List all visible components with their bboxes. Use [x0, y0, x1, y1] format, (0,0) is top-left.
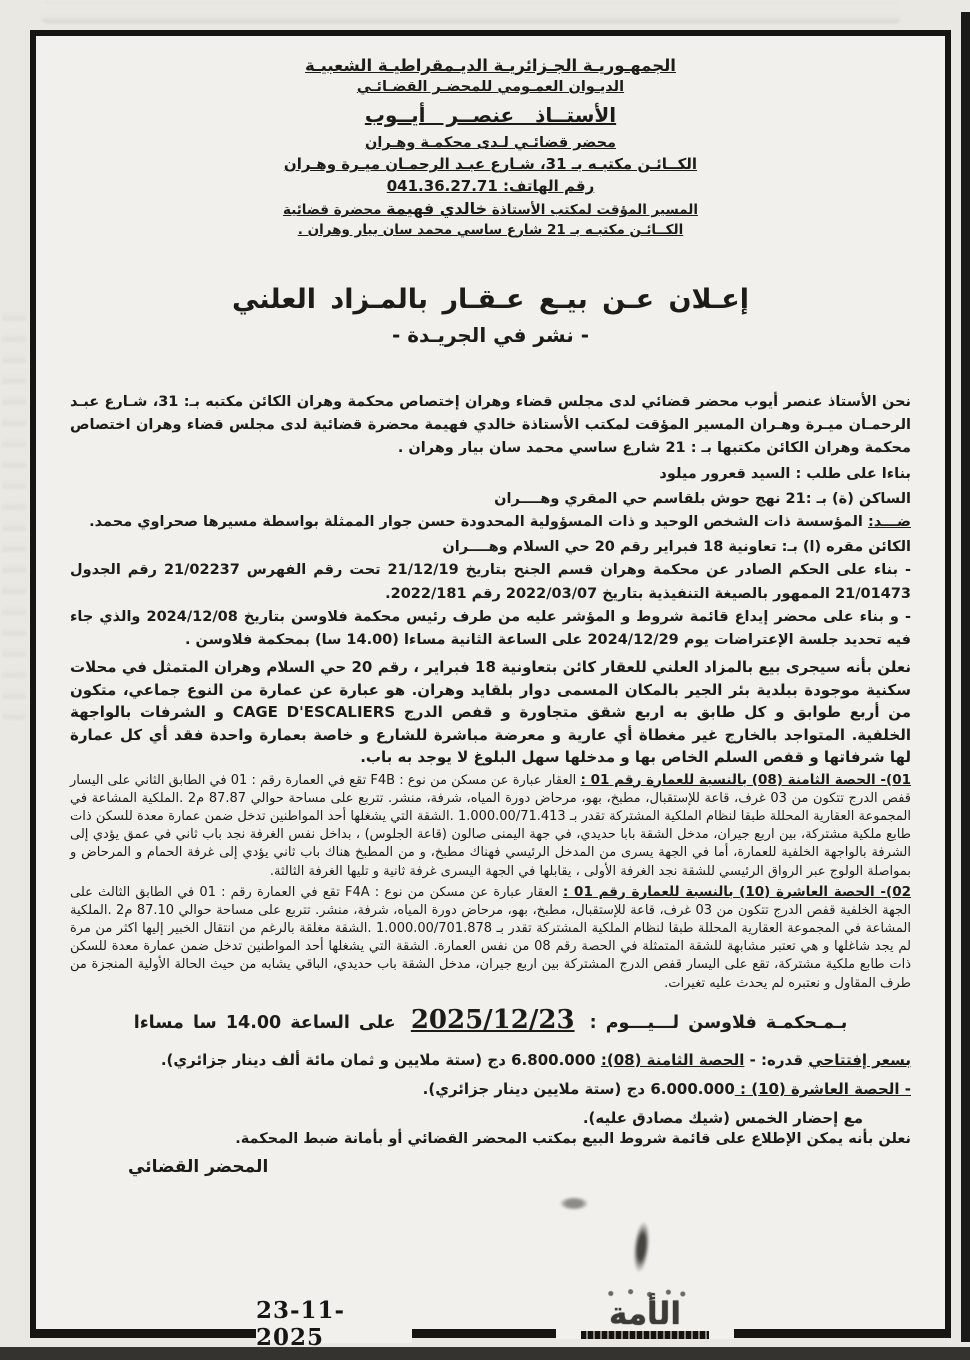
judgment-paragraph: - بناء على الحكم الصادر عن محكمة وهران ق…	[70, 559, 911, 605]
interim-manager-line: المسير المؤقت لمكتب الأستاذة خالدي فهيمة…	[70, 199, 911, 218]
lot-2-price-name: - الحصة العاشرة (10) :	[735, 1080, 911, 1098]
defendant-address-line: الكائن مقره (ا) بـ: تعاونية 18 فبراير رق…	[70, 536, 911, 559]
public-office-line: الديـوان العمـومي للمحضـر القضـائـي	[70, 79, 911, 95]
lot-1-description: العقار عبارة عن مسكن من نوع : F4B تقع في…	[70, 773, 911, 879]
page-bottom-separator	[0, 1347, 970, 1360]
hearing-time-suffix: على الساعة 14.00 سا مساءا	[134, 1013, 405, 1033]
opening-price-label-rest: قدره: -	[744, 1051, 808, 1069]
hearing-line: بـمـحكمـة فلاوسن لـــيـــوم : 2025/12/23…	[70, 1005, 911, 1035]
bailiff-signature: المحضر القضائي	[70, 1157, 911, 1177]
lot-1-price-name: الحصة الثامنة (08):	[601, 1051, 745, 1069]
scanned-page: الجمهـوريـة الجـزائريـة الديـمقراطيـة ال…	[0, 0, 970, 1360]
inspection-note-line: نعلن بأنه يمكن الإطلاع على قائمة شروط ال…	[70, 1131, 911, 1147]
republic-title: الجمهـوريـة الجـزائريـة الديـمقراطيـة ال…	[70, 56, 911, 75]
interim-manager-name: خالدي فهيمة	[386, 199, 487, 218]
defendant-line: ضـــد: المؤسسة ذات الشخص الوحيد و ذات ال…	[70, 511, 911, 534]
lot-2-description: العقار عبارة عن مسكن من نوع : F4A تقع في…	[70, 885, 911, 991]
notice-subtitle: - نشر في الجريـدة -	[70, 323, 911, 347]
bailiff-role-line: محضر قضائـي لـدى محكمـة وهـران	[70, 135, 911, 151]
cheque-requirement-line: مع إحضار الخمس (شيك مصادق عليه).	[70, 1109, 863, 1127]
auction-announcement-paragraph: نعلن بأنه سيجرى بيع بالمزاد العلني للعقا…	[70, 656, 911, 769]
notice-title: إعـلان عـن بيـع عـقـار بالمـزاد العلني	[70, 284, 911, 315]
opening-price-line-1: بسعر إفتتاحي قدره: - الحصة الثامنة (08):…	[70, 1049, 911, 1072]
newspaper-logo-text: الأمة	[609, 1299, 681, 1329]
requester-name: السيد قعرور ميلود	[659, 466, 790, 482]
lot-1-paragraph: 01)- الحصة الثامنة (08) بالنسبة للعمارة …	[70, 771, 911, 881]
letterhead: الجمهـوريـة الجـزائريـة الديـمقراطيـة ال…	[70, 56, 911, 238]
logo-ornament-icon	[600, 1289, 690, 1298]
intro-paragraph: نحن الأستاذ عنصر أيوب محضر قضائي لدى مجل…	[70, 391, 911, 461]
resident-line: الساكن (ة) بـ :21 نهج حوش بلقاسم حي المق…	[70, 488, 911, 511]
lot-1-heading: 01)- الحصة الثامنة (08) بالنسبة للعمارة …	[580, 772, 911, 788]
defendant-text: المؤسسة ذات الشخص الوحيد و ذات المسؤولية…	[89, 514, 868, 530]
second-office-address-line: الكــائـن مكتبـه بـ 21 شارع ساسي محمد سا…	[70, 222, 911, 238]
publication-date: 23-11-2025	[256, 1305, 412, 1343]
notice-content: الجمهـوريـة الجـزائريـة الديـمقراطيـة ال…	[36, 36, 945, 1329]
opening-price-line-2: - الحصة العاشرة (10) : 6.000.000 دج (ستة…	[70, 1078, 911, 1101]
lot-1-price-words: (ستة ملايين و ثمان مائة ألف دينار جزائري…	[161, 1051, 482, 1069]
title-block: إعـلان عـن بيـع عـقـار بالمـزاد العلني -…	[70, 284, 911, 347]
office-address-line: الكــائـن مكتبـه بـ 31، شـارع عبـد الرحم…	[70, 155, 911, 173]
defendant-label: ضـــد:	[868, 514, 911, 530]
lot-2-price-amount: 6.000.000 دج	[621, 1080, 734, 1098]
newspaper-logo: الأمة	[556, 1283, 734, 1339]
request-line: بناءا على طلب : السيد قعرور ميلود	[70, 463, 911, 486]
lot-2-paragraph: 02)- الحصة العاشرة (10) بالنسبة للعمارة …	[70, 883, 911, 993]
hearing-court-prefix: بـمـحكمـة فلاوسن لـــيـــوم :	[581, 1013, 848, 1033]
lot-1-price-amount: 6.800.000 دج	[482, 1051, 601, 1069]
bleedthrough-texture	[42, 2, 900, 24]
interim-manager-suffix: محضرة قضائية	[283, 202, 386, 218]
notice-frame: الجمهـوريـة الجـزائريـة الديـمقراطيـة ال…	[30, 30, 951, 1338]
bailiff-name: الأستــاذ عنصــر أيــوب	[70, 103, 911, 127]
lot-2-heading: 02)- الحصة العاشرة (10) بالنسبة للعمارة …	[563, 884, 911, 900]
hearing-date: 2025/12/23	[405, 1005, 581, 1035]
bleedthrough-texture	[2, 300, 26, 720]
lot-2-price-words: (ستة ملايين دينار جزائري).	[423, 1080, 622, 1098]
phone-line: رقم الهاتف: 041.36.27.71	[70, 177, 911, 195]
logo-tagline-bar	[581, 1331, 709, 1339]
request-label: بناءا على طلب :	[790, 466, 911, 482]
adjacent-column-border	[961, 12, 970, 1342]
interim-manager-prefix: المسير المؤقت لمكتب الأستاذة	[487, 202, 698, 218]
deposit-report-paragraph: - و بناء على محضر إيداع قائمة شروط و الم…	[70, 606, 911, 652]
opening-price-label: بسعر إفتتاحي	[808, 1051, 911, 1069]
